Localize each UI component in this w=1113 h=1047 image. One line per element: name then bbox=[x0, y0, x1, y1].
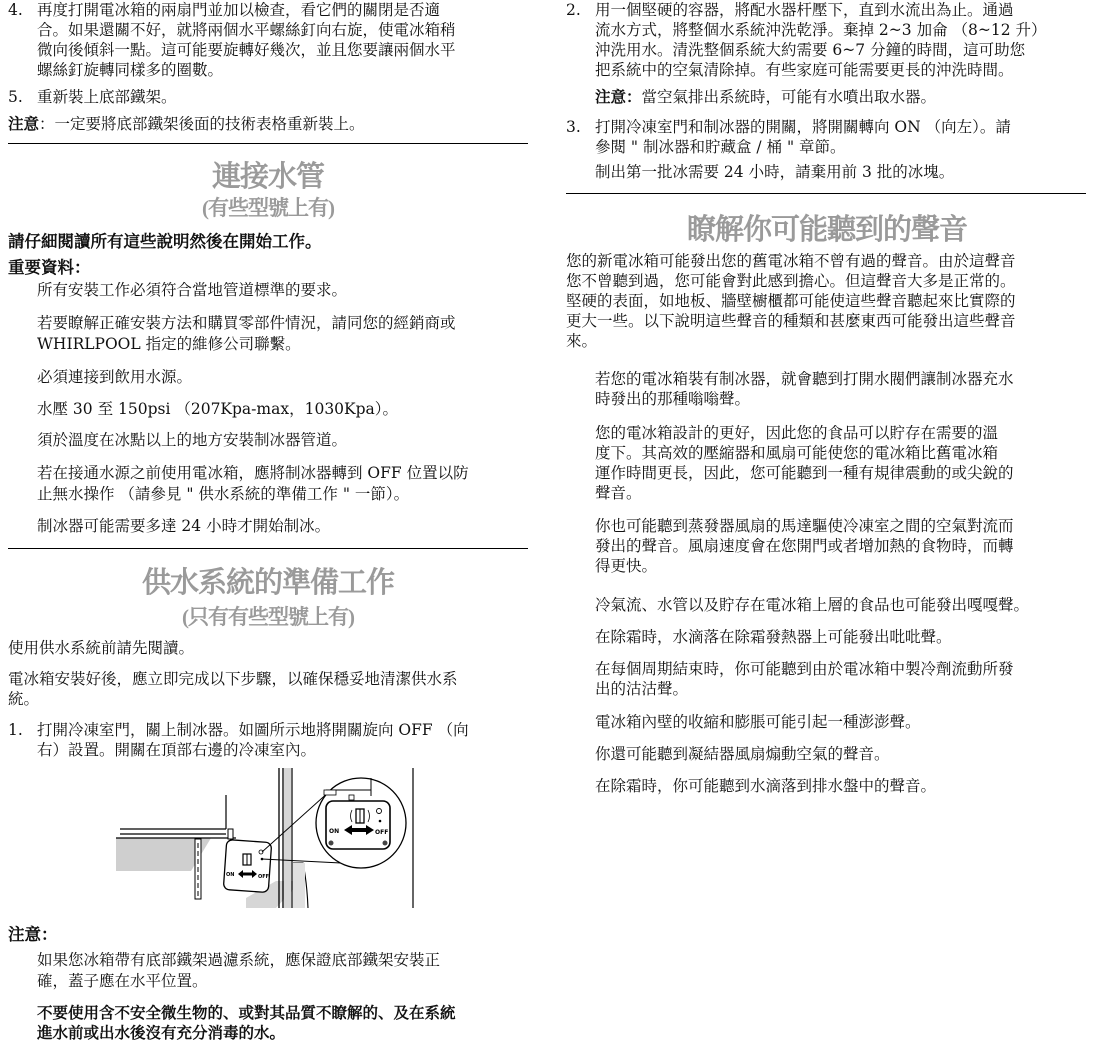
warning-text: 進水前或出水後沒有充分消毒的水。 bbox=[8, 1023, 528, 1043]
info-item: 若要瞭解正確安裝方法和購買零部件情況，請同您的經銷商或 bbox=[8, 313, 528, 333]
text-line: 來。 bbox=[566, 331, 1088, 351]
read-first-heading: 請仔細閱讀所有這些說明然後在開始工作。 bbox=[8, 232, 528, 252]
text-line: 得更快。 bbox=[595, 556, 1088, 576]
section-subtitle: (只有有些型號上有) bbox=[8, 605, 528, 629]
info-item: WHIRLPOOL 指定的維修公司聯繫。 bbox=[8, 334, 528, 354]
info-item: 須於溫度在冰點以上的地方安裝制冰器管道。 bbox=[8, 430, 528, 450]
section-divider bbox=[566, 193, 1086, 194]
info-item: 止無水操作 （請參見 " 供水系統的準備工作 " 一節）。 bbox=[8, 484, 528, 504]
step-4: 4. 再度打開電冰箱的兩扇門並加以檢查，看它們的關閉是否適 合。如果還關不好，就… bbox=[8, 0, 528, 80]
step-3-extra: 制出第一批冰需要 24 小時，請棄用前 3 批的冰塊。 bbox=[566, 162, 1088, 182]
text-line: 用一個堅硬的容器，將配水器杆壓下，直到水流出為止。通過 bbox=[595, 0, 1088, 20]
text-line: 發出的聲音。風扇速度會在您開門或者增加熱的食物時，而轉 bbox=[595, 536, 1088, 556]
text-line: 時發出的那種嗡嗡聲。 bbox=[595, 389, 1088, 409]
note-label: 注意： bbox=[595, 87, 642, 106]
section-subtitle: (有些型號上有) bbox=[8, 196, 528, 220]
sound-paragraph: 在除霜時，你可能聽到水滴落到排水盤中的聲音。 bbox=[566, 776, 1088, 796]
text-line: 你也可能聽到蒸發器風扇的馬達驅使冷凍室之間的空氣對流而 bbox=[595, 516, 1088, 536]
switch-box bbox=[223, 840, 271, 893]
note-label: 注意 bbox=[8, 114, 39, 133]
off-label: OFF bbox=[258, 874, 269, 880]
info-item: 所有安裝工作必須符合當地管道標準的要求。 bbox=[8, 280, 528, 300]
sound-paragraph: 若您的電冰箱裝有制冰器，就會聽到打開水閥們讓制冰器充水 時發出的那種嗡嗡聲。 bbox=[566, 369, 1088, 409]
intro-text: 電冰箱安裝好後，應立即完成以下步驟，以確保穩妥地清潔供水系 bbox=[8, 669, 528, 689]
text-line: 打開冷凍室門，關上制冰器。如圖所示地將開關旋向 OFF （向 bbox=[37, 720, 528, 740]
text-line: 沖洗用水。清洗整個系統大約需要 6~7 分鐘的時間，這可助您 bbox=[595, 40, 1088, 60]
text-line: 度下。其高效的壓縮器和風扇可能使您的電冰箱比舊電冰箱 bbox=[595, 443, 1088, 463]
note-text: ：一定要將底部鐵架後面的技術表格重新裝上。 bbox=[39, 115, 365, 133]
text-line: 出的沽沽聲。 bbox=[595, 679, 1088, 699]
sound-paragraph: 電冰箱內壁的收縮和膨脹可能引起一種澎澎聲。 bbox=[566, 712, 1088, 732]
section-divider bbox=[8, 548, 528, 549]
step-3: 3. 打開冷凍室門和制冰器的開關，將開關轉向 ON （向左）。請 參閱 " 制冰… bbox=[566, 117, 1088, 157]
ice-maker-switch-figure: ON OFF bbox=[116, 763, 416, 913]
text-line: 合。如果還關不好，就將兩個水平螺絲釘向右旋，使電冰箱稍 bbox=[37, 20, 528, 40]
text-line: 運作時間更長，因此，您可能聽到一種有規律震動的或尖銳的 bbox=[595, 463, 1088, 483]
step-5: 5. 重新裝上底部鐵架。 bbox=[8, 87, 528, 107]
info-item: 制冰器可能需要多達 24 小時才開始制冰。 bbox=[8, 516, 528, 536]
text-line: 在每個周期結束時，你可能聽到由於電冰箱中製冷劑流動所發 bbox=[595, 659, 1088, 679]
sound-paragraph: 你還可能聽到凝結器風扇煽動空氣的聲音。 bbox=[566, 744, 1088, 764]
note-text: 當空氣排出系統時，可能有水噴出取水器。 bbox=[642, 88, 937, 106]
section-title-sounds: 瞭解你可能聽到的聲音 bbox=[566, 213, 1088, 247]
info-item: 若在接通水源之前使用電冰箱，應將制冰器轉到 OFF 位置以防 bbox=[8, 463, 528, 483]
note-text: 如果您冰箱帶有底部鐵架過濾系統，應保證底部鐵架安裝正 bbox=[8, 950, 528, 970]
text-line: 更大一些。以下說明這些聲音的種類和甚麼東西可能發出這些聲音 bbox=[566, 311, 1088, 331]
text-line: 您不曾聽到過，您可能會對此感到擔心。但這聲音大多是正常的。 bbox=[566, 271, 1088, 291]
off-label-closeup: OFF bbox=[375, 829, 388, 836]
text-line: 您的新電冰箱可能發出您的舊電冰箱不曾有過的聲音。由於這聲音 bbox=[566, 251, 1088, 271]
section-title-water-system: 供水系統的準備工作 bbox=[8, 566, 528, 600]
on-label-closeup: ON bbox=[329, 828, 339, 835]
on-label: ON bbox=[226, 872, 234, 878]
info-item-water-pressure: 水壓 30 至 150psi （207Kpa-max，1030Kpa）。 bbox=[8, 399, 528, 419]
text-line: 把系統中的空氣清除掉。有些家庭可能需要更長的沖洗時間。 bbox=[595, 60, 1088, 80]
important-info-heading: 重要資料： bbox=[8, 258, 528, 278]
switch-closeup bbox=[326, 801, 390, 849]
sound-paragraph: 在每個周期結束時，你可能聽到由於電冰箱中製冷劑流動所發 出的沽沽聲。 bbox=[566, 659, 1088, 699]
ice-maker-illustration: ON OFF bbox=[116, 763, 416, 913]
text-line: 參閱 " 制冰器和貯藏盒 / 桶 " 章節。 bbox=[595, 137, 1088, 157]
info-item: 必須連接到飲用水源。 bbox=[8, 367, 528, 387]
sound-paragraph: 你也可能聽到蒸發器風扇的馬達驅使冷凍室之間的空氣對流而 發出的聲音。風扇速度會在… bbox=[566, 516, 1088, 576]
step-4-text: 再度打開電冰箱的兩扇門並加以檢查，看它們的關閉是否適 合。如果還關不好，就將兩個… bbox=[37, 0, 528, 80]
text-line: 流水方式，將整個水系統沖洗乾淨。棄掉 2~3 加侖 （8~12 升） bbox=[595, 20, 1088, 40]
sound-paragraph: 您的電冰箱設計的更好，因此您的食品可以貯存在需要的溫 度下。其高效的壓縮器和風扇… bbox=[566, 423, 1088, 503]
section-title-water-line: 連接水管 bbox=[8, 160, 528, 194]
text-line: 再度打開電冰箱的兩扇門並加以檢查，看它們的關閉是否適 bbox=[37, 0, 528, 20]
text-line: 打開冷凍室門和制冰器的開關，將開關轉向 ON （向左）。請 bbox=[595, 117, 1088, 137]
sound-paragraph: 在除霜時，水滴落在除霜發熱器上可能發出吡吡聲。 bbox=[566, 627, 1088, 647]
step-number: 1. bbox=[8, 720, 23, 740]
intro-text: 使用供水系統前請先閱讀。 bbox=[8, 638, 528, 658]
note-heading: 注意： bbox=[8, 925, 528, 945]
text-line: 右）設置。開關在頂部右邊的冷凍室內。 bbox=[37, 740, 528, 760]
step-number: 4. bbox=[8, 0, 23, 20]
note-tech-sheet: 注意：一定要將底部鐵架後面的技術表格重新裝上。 bbox=[8, 114, 528, 134]
note-text: 確，蓋子應在水平位置。 bbox=[8, 971, 528, 991]
text-line: 微向後傾斜一點。這可能要旋轉好幾次，並且您要讓兩個水平 bbox=[37, 40, 528, 60]
step-2-note: 注意：當空氣排出系統時，可能有水噴出取水器。 bbox=[566, 87, 1088, 107]
step-number: 2. bbox=[566, 0, 581, 20]
section-divider bbox=[8, 143, 528, 144]
sounds-intro: 您的新電冰箱可能發出您的舊電冰箱不曾有過的聲音。由於這聲音 您不曾聽到過，您可能… bbox=[566, 251, 1088, 351]
text-line: 堅硬的表面，如地板、牆壁櫥櫃都可能使這些聲音聽起來比實際的 bbox=[566, 291, 1088, 311]
step-1: 1. 打開冷凍室門，關上制冰器。如圖所示地將開關旋向 OFF （向 右）設置。開… bbox=[8, 720, 528, 760]
step-number: 5. bbox=[8, 87, 23, 107]
step-2: 2. 用一個堅硬的容器，將配水器杆壓下，直到水流出為止。通過 流水方式，將整個水… bbox=[566, 0, 1088, 80]
text-line: 螺絲釘旋轉同樣多的圈數。 bbox=[37, 60, 528, 80]
sound-paragraph: 冷氣流、水管以及貯存在電冰箱上層的食品也可能發出嘎嘎聲。 bbox=[566, 595, 1088, 615]
text-line: 若您的電冰箱裝有制冰器，就會聽到打開水閥們讓制冰器充水 bbox=[595, 369, 1088, 389]
warning-text: 不要使用含不安全微生物的、或對其品質不瞭解的、及在系統 bbox=[8, 1003, 528, 1023]
text-line: 聲音。 bbox=[595, 483, 1088, 503]
step-number: 3. bbox=[566, 117, 581, 137]
intro-text: 統。 bbox=[8, 689, 528, 709]
step-5-text: 重新裝上底部鐵架。 bbox=[37, 88, 177, 106]
text-line: 您的電冰箱設計的更好，因此您的食品可以貯存在需要的溫 bbox=[595, 423, 1088, 443]
